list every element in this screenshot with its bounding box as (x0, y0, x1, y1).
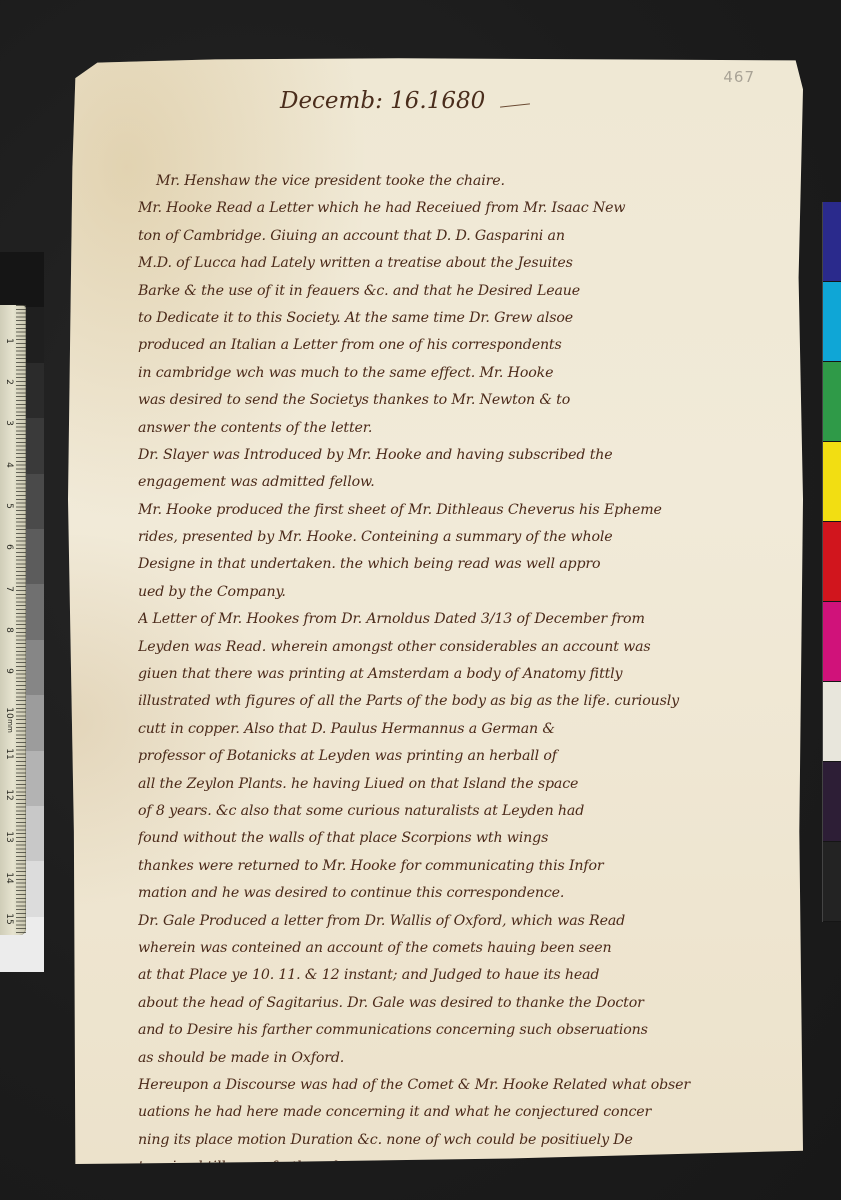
color-patch-dark-purple (823, 762, 841, 842)
greyscale-step (0, 252, 44, 307)
color-patch-blue (823, 202, 841, 282)
manuscript-line: Barke & the use of it in feauers &c. and… (138, 278, 788, 305)
manuscript-line: was desired to send the Societys thankes… (138, 387, 788, 414)
date-heading: Decemb: 16.1680 (280, 88, 485, 114)
manuscript-line: A Letter of Mr. Hookes from Dr. Arnoldus… (138, 606, 788, 633)
manuscript-line: cutt in copper. Also that D. Paulus Herm… (138, 716, 788, 743)
manuscript-line: ued by the Company. (138, 579, 788, 606)
manuscript-line: uations he had here made concerning it a… (138, 1099, 788, 1126)
manuscript-line: giuen that there was printing at Amsterd… (138, 661, 788, 688)
manuscript-line: to Dedicate it to this Society. At the s… (138, 305, 788, 332)
manuscript-line: Leyden was Read. wherein amongst other c… (138, 634, 788, 661)
folio-number: 467 (723, 68, 755, 86)
manuscript-line: found without the walls of that place Sc… (138, 825, 788, 852)
manuscript-line: and to Desire his farther communications… (138, 1017, 788, 1044)
ruler-unit-label: mm (6, 719, 14, 733)
ruler-cm-label: 8 (4, 623, 14, 637)
manuscript-line: wherein was conteined an account of the … (138, 935, 788, 962)
manuscript-line: in cambridge wch was much to the same ef… (138, 360, 788, 387)
manuscript-line: at that Place ye 10. 11. & 12 instant; a… (138, 962, 788, 989)
manuscript-line: ton of Cambridge. Giuing an account that… (138, 223, 788, 250)
ruler-cm-label: 5 (4, 499, 14, 513)
manuscript-line: all the Zeylon Plants. he having Liued o… (138, 771, 788, 798)
manuscript-line: rides, presented by Mr. Hooke. Conteinin… (138, 524, 788, 551)
measurement-ruler: 123456789101112131415mm (0, 305, 26, 935)
manuscript-line: Designe in that undertaken. the which be… (138, 551, 788, 578)
color-calibration-target (822, 202, 841, 922)
manuscript-line: engagement was admitted fellow. (138, 469, 788, 496)
manuscript-page: 467 Decemb: 16.1680 Mr. Henshaw the vice… (68, 56, 803, 1164)
ruler-cm-label: 6 (4, 540, 14, 554)
manuscript-line: Mr. Hooke Read a Letter which he had Rec… (138, 195, 788, 222)
ruler-cm-label: 12 (4, 788, 14, 802)
ruler-ticks (16, 305, 26, 935)
color-patch-black (823, 842, 841, 922)
manuscript-line: about the head of Sagitarius. Dr. Gale w… (138, 990, 788, 1017)
manuscript-line: Dr. Gale Produced a letter from Dr. Wall… (138, 908, 788, 935)
heading-flourish (500, 103, 530, 107)
manuscript-line: thankes were returned to Mr. Hooke for c… (138, 853, 788, 880)
manuscript-line: illustrated wth figures of all the Parts… (138, 688, 788, 715)
manuscript-line: professor of Botanicks at Leyden was pri… (138, 743, 788, 770)
color-patch-yellow (823, 442, 841, 522)
manuscript-line: ning its place motion Duration &c. none … (138, 1127, 788, 1154)
ruler-cm-label: 1 (4, 334, 14, 348)
ruler-cm-label: 3 (4, 416, 14, 430)
manuscript-text: Mr. Henshaw the vice president tooke the… (138, 168, 788, 1181)
manuscript-line: M.D. of Lucca had Lately written a treat… (138, 250, 788, 277)
color-patch-green (823, 362, 841, 442)
manuscript-line: Hereupon a Discourse was had of the Come… (138, 1072, 788, 1099)
manuscript-line: mation and he was desired to continue th… (138, 880, 788, 907)
manuscript-line: Dr. Slayer was Introduced by Mr. Hooke a… (138, 442, 788, 469)
ruler-cm-label: 14 (4, 871, 14, 885)
manuscript-line: Mr. Henshaw the vice president tooke the… (138, 168, 788, 195)
color-patch-white (823, 682, 841, 762)
ruler-cm-label: 7 (4, 582, 14, 596)
manuscript-line: produced an Italian a Letter from one of… (138, 332, 788, 359)
manuscript-line: of 8 years. &c also that some curious na… (138, 798, 788, 825)
ruler-cm-label: 9 (4, 664, 14, 678)
ruler-cm-label: 11 (4, 747, 14, 761)
manuscript-line: answer the contents of the letter. (138, 415, 788, 442)
color-patch-magenta (823, 602, 841, 682)
manuscript-line: as should be made in Oxford. (138, 1045, 788, 1072)
ruler-cm-label: 10 (4, 706, 14, 720)
manuscript-line: Mr. Hooke produced the first sheet of Mr… (138, 497, 788, 524)
color-patch-red (823, 522, 841, 602)
color-patch-cyan (823, 282, 841, 362)
ruler-cm-label: 13 (4, 830, 14, 844)
ruler-cm-label: 15 (4, 912, 14, 926)
ruler-cm-label: 4 (4, 458, 14, 472)
ruler-cm-label: 2 (4, 375, 14, 389)
